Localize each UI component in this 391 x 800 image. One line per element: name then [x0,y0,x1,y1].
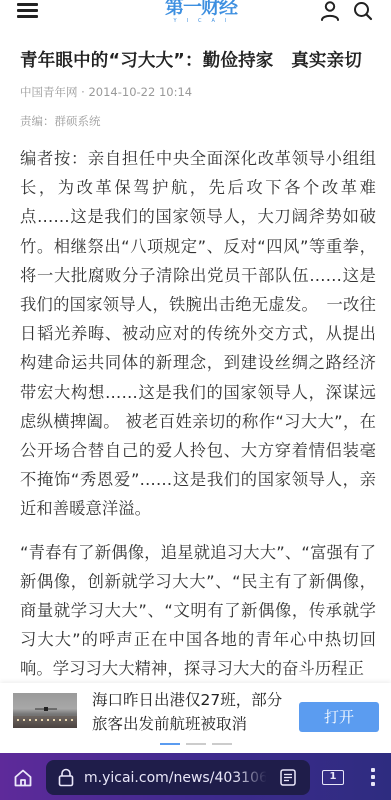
open-app-button[interactable]: 打开 [299,702,379,732]
article-paragraph: “青春有了新偶像，追星就追习大大”、“富强有了新偶像，创新就学习大大”、“民主有… [20,538,376,684]
ad-headline[interactable]: 海口昨日出港仅27班，部分旅客出发前航班被取消 [92,688,290,736]
carousel-dot[interactable] [212,743,232,745]
hamburger-menu-icon[interactable] [17,1,39,19]
search-icon[interactable] [352,0,374,22]
article-datetime: 2014-10-22 10:14 [88,85,192,99]
site-header: 第一财经 YICAI [0,0,391,26]
article-editor: 责编：群硕系统 [20,113,376,129]
yicai-logo[interactable]: 第一财经 YICAI [160,0,242,24]
ad-thumbnail-image[interactable] [13,693,77,728]
url-fade [236,766,270,790]
article-meta: 中国青年网 · 2014-10-22 10:14 [20,84,376,100]
browser-toolbar: m.yicai.com/news/4031067.html 1 [0,753,391,800]
airplane-icon [35,707,57,711]
article-title: 青年眼中的“习大大”：勤俭持家 真实亲切 [20,46,376,76]
article-body: 编者按：亲自担任中央全面深化改革领导小组组长，为改革保驾护航，先后攻下各个改革难… [20,144,376,698]
carousel-dot[interactable] [186,743,206,745]
reader-mode-icon[interactable] [280,769,296,786]
runway [13,716,77,728]
article-source: 中国青年网 [20,85,78,99]
carousel-dot-active[interactable] [160,743,180,745]
editor-label: 责编： [20,114,55,128]
tabs-icon[interactable]: 1 [322,770,344,785]
home-icon[interactable] [13,768,33,788]
logo-english: YICAI [168,18,242,24]
user-icon[interactable] [319,0,341,22]
article-paragraph: 编者按：亲自担任中央全面深化改革领导小组组长，为改革保驾护航，先后攻下各个改革难… [20,144,376,524]
app-promo-banner[interactable]: 海口昨日出港仅27班，部分旅客出发前航班被取消 打开 [0,683,391,753]
logo-chinese: 第一财经 [160,0,242,18]
carousel-indicator [0,743,391,747]
article-header: 青年眼中的“习大大”：勤俭持家 真实亲切 中国青年网 · 2014-10-22 … [20,46,376,129]
editor-name: 群硕系统 [55,114,101,128]
lock-icon[interactable] [58,768,74,787]
meta-separator: · [81,85,85,99]
address-bar[interactable]: m.yicai.com/news/4031067.html [46,760,310,795]
runway-lights [17,719,73,721]
more-vertical-icon[interactable] [370,768,376,790]
